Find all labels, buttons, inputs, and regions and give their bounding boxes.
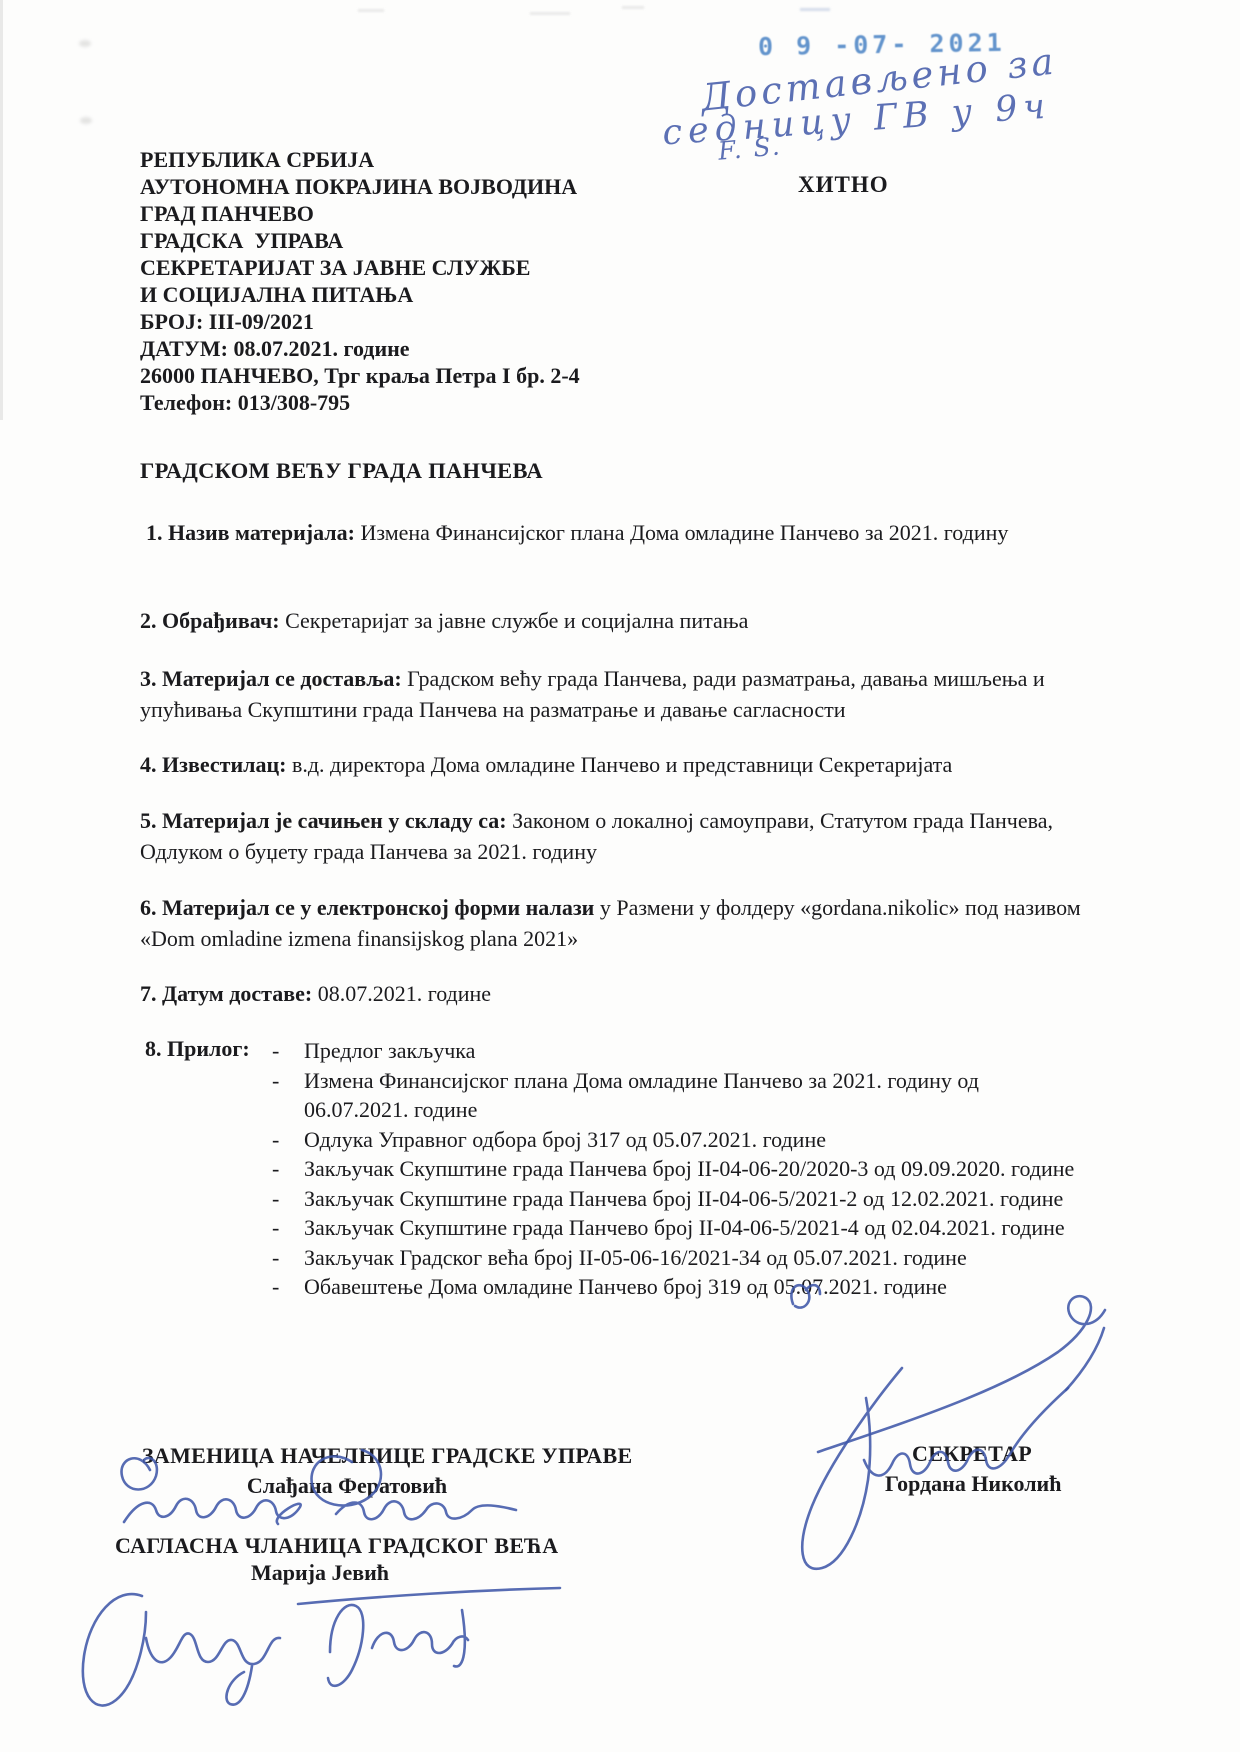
- nikolic-signature-stroke: [818, 1296, 1105, 1452]
- urgent-label: ХИТНО: [798, 172, 889, 198]
- scan-smudge-artifact: [79, 40, 91, 47]
- item-text: в.д. директора Дома омладине Панчево и п…: [292, 752, 952, 777]
- attachments-list: Предлог закључка Измена Финансијског пла…: [262, 1036, 1084, 1302]
- handwritten-initials: F. S.: [717, 131, 783, 165]
- scan-smudge-artifact: [80, 117, 92, 124]
- item-materijal-se-dostavlja: 3. Материјал се доставља: Градском већу …: [140, 664, 1110, 725]
- attachment-item: Закључак Скупштине града Панчево број II…: [262, 1213, 1084, 1243]
- item-text: Секретаријат за јавне службе и социјална…: [285, 608, 748, 633]
- item-text: Измена Финансијског плана Дома омладине …: [360, 520, 1008, 545]
- item-text: 08.07.2021. године: [318, 981, 491, 1006]
- scan-mark-artifact: [622, 6, 644, 9]
- deputy-chief-name: Слађана Фератовић: [142, 1473, 552, 1499]
- item-sacinjen-u-skladu: 5. Материјал је сачињен у складу са: Зак…: [140, 806, 1110, 867]
- attachment-item: Закључак Скупштине града Панчева број II…: [262, 1184, 1084, 1214]
- council-member-title: САГЛАСНА ЧЛАНИЦА ГРАДСКОГ ВЕЋА: [115, 1533, 558, 1559]
- attachment-item: Закључак Скупштине града Панчева број II…: [262, 1154, 1084, 1184]
- scan-mark-artifact: [358, 9, 384, 12]
- attachment-item: Обавештење Дома омладине Панчево број 31…: [262, 1272, 1084, 1302]
- secretary-name: Гордана Николић: [885, 1471, 1135, 1497]
- item-izvestilac: 4. Известилац: в.д. директора Дома омлад…: [140, 750, 1110, 781]
- item-label: 4. Известилац:: [140, 752, 286, 777]
- item-label: 2. Обрађивач:: [140, 608, 280, 633]
- scan-mark-artifact: [530, 12, 570, 15]
- jevic-signature-stroke: [298, 1588, 560, 1686]
- nikolic-signature-stroke: [802, 1368, 1068, 1569]
- item-datum-dostave: 7. Датум доставе: 08.07.2021. године: [140, 979, 1110, 1010]
- item-label: 6. Материјал се у електронској форми нал…: [140, 895, 594, 920]
- scanned-document-page: { "page": { "background": "#fdfdfc", "te…: [0, 0, 1240, 1752]
- attachment-item: Одлука Управног одбора број 317 од 05.07…: [262, 1125, 1084, 1155]
- attachments-label: 8. Прилог:: [145, 1036, 250, 1062]
- item-label: 3. Материјал се доставља:: [140, 666, 402, 691]
- letterhead: РЕПУБЛИКА СРБИЈА АУТОНОМНА ПОКРАЈИНА ВОЈ…: [140, 146, 580, 416]
- item-obradjivac: 2. Обрађивач: Секретаријат за јавне служ…: [140, 606, 1110, 637]
- attachment-item: Закључак Градског већа број II-05-06-16/…: [262, 1243, 1084, 1273]
- council-member-name: Марија Јевић: [115, 1560, 525, 1586]
- scan-mark-artifact: [800, 8, 830, 11]
- scan-edge-artifact: [0, 0, 3, 420]
- item-label: 1. Назив материјала:: [146, 520, 355, 545]
- attachment-item: Измена Финансијског плана Дома омладине …: [262, 1066, 1084, 1125]
- item-naziv-materijala: 1. Назив материјала: Измена Финансијског…: [140, 518, 1116, 549]
- item-label: 5. Материјал је сачињен у складу са:: [140, 808, 507, 833]
- deputy-chief-title: ЗАМЕНИЦА НАЧЕЛНИЦЕ ГРАДСКЕ УПРАВЕ: [142, 1443, 632, 1469]
- item-label: 7. Датум доставе:: [140, 981, 312, 1006]
- recipient-title: ГРАДСКОМ ВЕЋУ ГРАДА ПАНЧЕВА: [140, 458, 543, 484]
- secretary-title: СЕКРЕТАР: [912, 1441, 1032, 1467]
- item-elektronska-forma: 6. Материјал се у електронској форми нал…: [140, 893, 1110, 954]
- jevic-signature-stroke: [83, 1594, 280, 1705]
- attachment-item: Предлог закључка: [262, 1036, 1084, 1066]
